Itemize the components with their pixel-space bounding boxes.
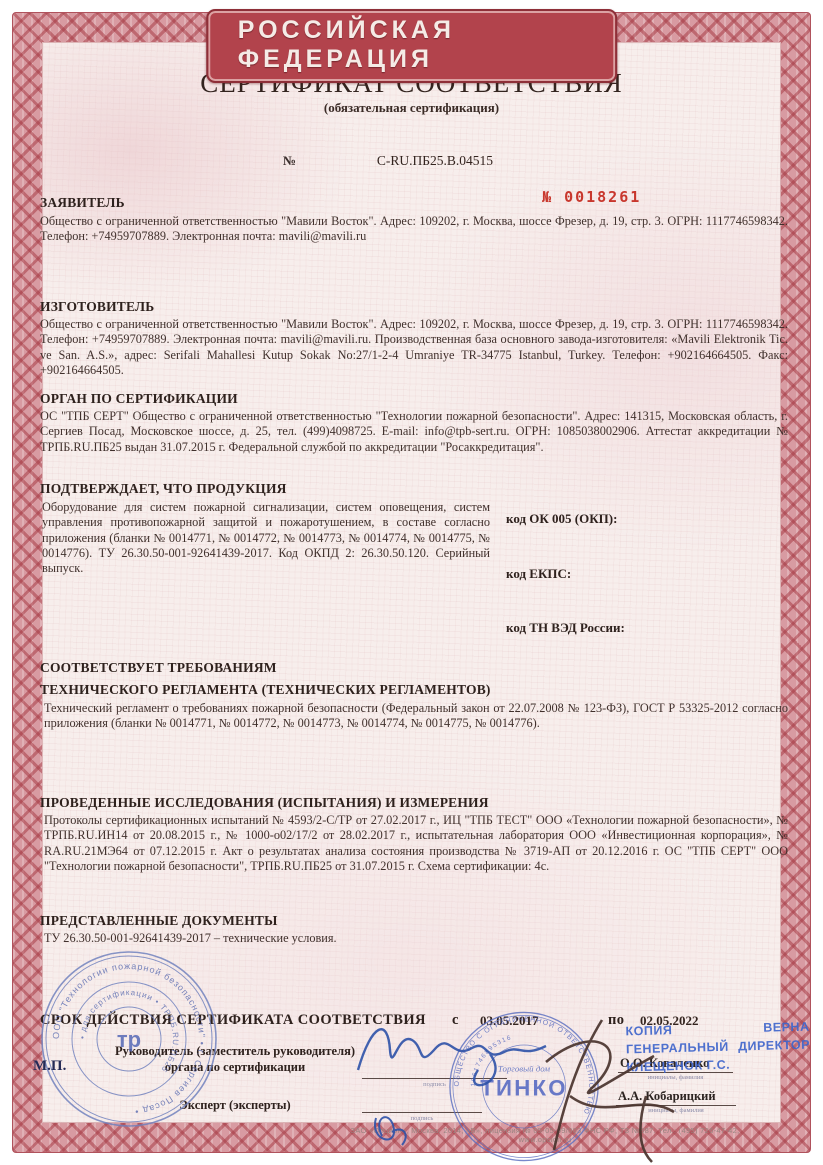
certification-body-heading: ОРГАН ПО СЕРТИФИКАЦИИ — [40, 391, 238, 407]
code-tnved-label: код ТН ВЭД России: — [506, 620, 625, 636]
number-label: № — [283, 153, 296, 169]
certificate-subtitle: (обязательная сертификация) — [0, 100, 823, 116]
applicant-body: Общество с ограниченной ответственностью… — [40, 214, 788, 245]
product-heading: ПОДТВЕРЖДАЕТ, ЧТО ПРОДУКЦИЯ — [40, 481, 287, 497]
copy-stamp-word-2: ВЕРНА — [763, 1018, 810, 1037]
compliance-heading-2: ТЕХНИЧЕСКОГО РЕГЛАМЕНТА (ТЕХНИЧЕСКИХ РЕГ… — [40, 682, 491, 698]
code-okp-label: код ОК 005 (ОКП): — [506, 511, 617, 527]
manufacturer-heading: ИЗГОТОВИТЕЛЬ — [40, 299, 154, 315]
stamp-center-logo: тр — [117, 1027, 141, 1052]
certification-body-round-stamp: ООО "Технологии пожарной безопасности" •… — [38, 948, 220, 1130]
director-signature-ink — [546, 1020, 674, 1162]
certification-body-text: ОС "ТПБ СЕРТ" Общество с ограниченной от… — [40, 409, 788, 455]
country-banner: РОССИЙСКАЯ ФЕДЕРАЦИЯ — [206, 9, 618, 83]
certificate-page: РОССИЙСКАЯ ФЕДЕРАЦИЯ СЕРТИФИКАТ СООТВЕТС… — [0, 0, 823, 1165]
compliance-heading-1: СООТВЕТСТВУЕТ ТРЕБОВАНИЯМ — [40, 660, 277, 676]
documents-heading: ПРЕДСТАВЛЕННЫЕ ДОКУМЕНТЫ — [40, 913, 278, 929]
stamp-place-label: М.П. — [33, 1058, 66, 1075]
certificate-number: C-RU.ПБ25.В.04515 — [310, 153, 560, 169]
documents-body: ТУ 26.30.50-001-92641439-2017 – техничес… — [44, 931, 788, 946]
signatures-overlay — [340, 1000, 750, 1165]
compliance-body: Технический регламент о требованиях пожа… — [44, 701, 788, 732]
tests-body: Протоколы сертификационных испытаний № 4… — [44, 813, 788, 874]
tests-heading: ПРОВЕДЕННЫЕ ИССЛЕДОВАНИЯ (ИСПЫТАНИЯ) И И… — [40, 795, 489, 811]
code-ekps-label: код ЕКПС: — [506, 566, 571, 582]
blank-serial-number: № 0018261 — [542, 188, 641, 206]
manufacturer-body: Общество с ограниченной ответственностью… — [40, 317, 788, 378]
expert-signature-ink — [375, 1117, 406, 1145]
applicant-heading: ЗАЯВИТЕЛЬ — [40, 195, 125, 211]
product-body: Оборудование для систем пожарной сигнали… — [42, 500, 490, 576]
serial-value: 0018261 — [564, 188, 641, 206]
serial-label: № — [542, 188, 553, 206]
head-signature-ink — [358, 1029, 546, 1085]
